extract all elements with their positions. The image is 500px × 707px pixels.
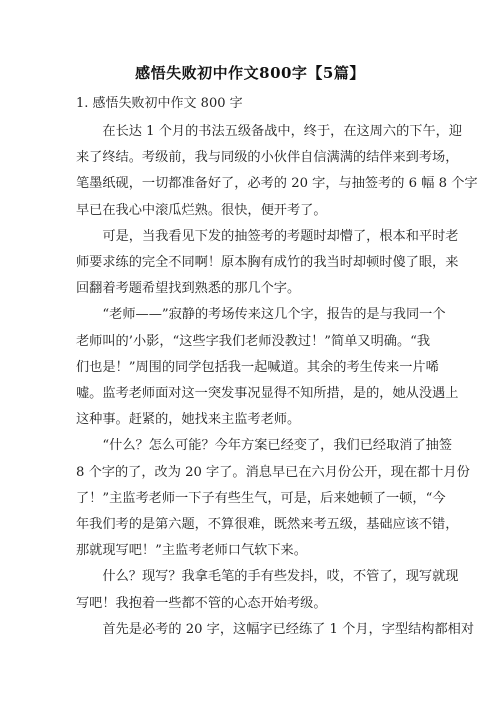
paragraph: 在长达 1 个月的书法五级备战中，终于，在这周六的下午，迎来了终结。考级前，我与… <box>76 119 428 224</box>
paragraph: 首先是必考的 20 字，这幅字已经练了 1 个月，字型结构都相对 <box>76 617 428 643</box>
text-line: 们也是！”周围的同学包括我一起喊道。其余的考生传来一片唏 <box>76 355 428 381</box>
text-line: 首先是必考的 20 字，这幅字已经练了 1 个月，字型结构都相对 <box>76 617 428 643</box>
text-line: 那就现写吧！”主监考老师口气软下来。 <box>76 538 428 564</box>
document-title: 感悟失败初中作文800字【5篇】 <box>0 62 500 83</box>
text-line: 年我们考的是第六题，不算很难，既然来考五级，基础应该不错， <box>76 512 428 538</box>
paragraph: 什么？现写？我拿毛笔的手有些发抖，哎，不管了，现写就现写吧！我抱着一些都不管的心… <box>76 564 428 616</box>
text-line: 写吧！我抱着一些都不管的心态开始考级。 <box>76 591 428 617</box>
text-line: 这种事。赶紧的，她找来主监考老师。 <box>76 407 428 433</box>
paragraph: “老师——”寂静的考场传来这几个字，报告的是与我同一个老师叫的’小影，“这些字我… <box>76 302 428 433</box>
text-line: 了！”主监考老师一下子有些生气，可是，后来她顿了一顿，“今 <box>76 486 428 512</box>
text-line: 嘘。监考老师面对这一突发事况显得不知所措，是的，她从没遇上 <box>76 381 428 407</box>
text-line: 回翻着考题希望找到熟悉的那几个字。 <box>76 276 428 302</box>
text-line: 来了终结。考级前，我与同级的小伙伴自信满满的结伴来到考场， <box>76 145 428 171</box>
paragraph: “什么？怎么可能？今年方案已经变了，我们已经取消了抽签8 个字的了，改为 20 … <box>76 433 428 564</box>
section-heading: 1. 感悟失败初中作文 800 字 <box>76 92 243 111</box>
paragraph: 可是，当我看见下发的抽签考的考题时却懵了，根本和平时老师要求练的完全不同啊！原本… <box>76 224 428 303</box>
text-line: “什么？怎么可能？今年方案已经变了，我们已经取消了抽签 <box>76 433 428 459</box>
text-line: 师要求练的完全不同啊！原本胸有成竹的我当时却顿时傻了眼，来 <box>76 250 428 276</box>
document-body: 在长达 1 个月的书法五级备战中，终于，在这周六的下午，迎来了终结。考级前，我与… <box>76 119 428 643</box>
text-line: “老师——”寂静的考场传来这几个字，报告的是与我同一个 <box>76 302 428 328</box>
text-line: 早已在我心中滚瓜烂熟。很快，便开考了。 <box>76 198 428 224</box>
text-line: 在长达 1 个月的书法五级备战中，终于，在这周六的下午，迎 <box>76 119 428 145</box>
text-line: 8 个字的了，改为 20 字了。消息早已在六月份公开，现在都十月份 <box>76 460 428 486</box>
text-line: 老师叫的’小影，“这些字我们老师没教过！”简单又明确。“我 <box>76 329 428 355</box>
text-line: 笔墨纸砚，一切都准备好了，必考的 20 字，与抽签考的 6 幅 8 个字 <box>76 171 428 197</box>
text-line: 可是，当我看见下发的抽签考的考题时却懵了，根本和平时老 <box>76 224 428 250</box>
text-line: 什么？现写？我拿毛笔的手有些发抖，哎，不管了，现写就现 <box>76 564 428 590</box>
